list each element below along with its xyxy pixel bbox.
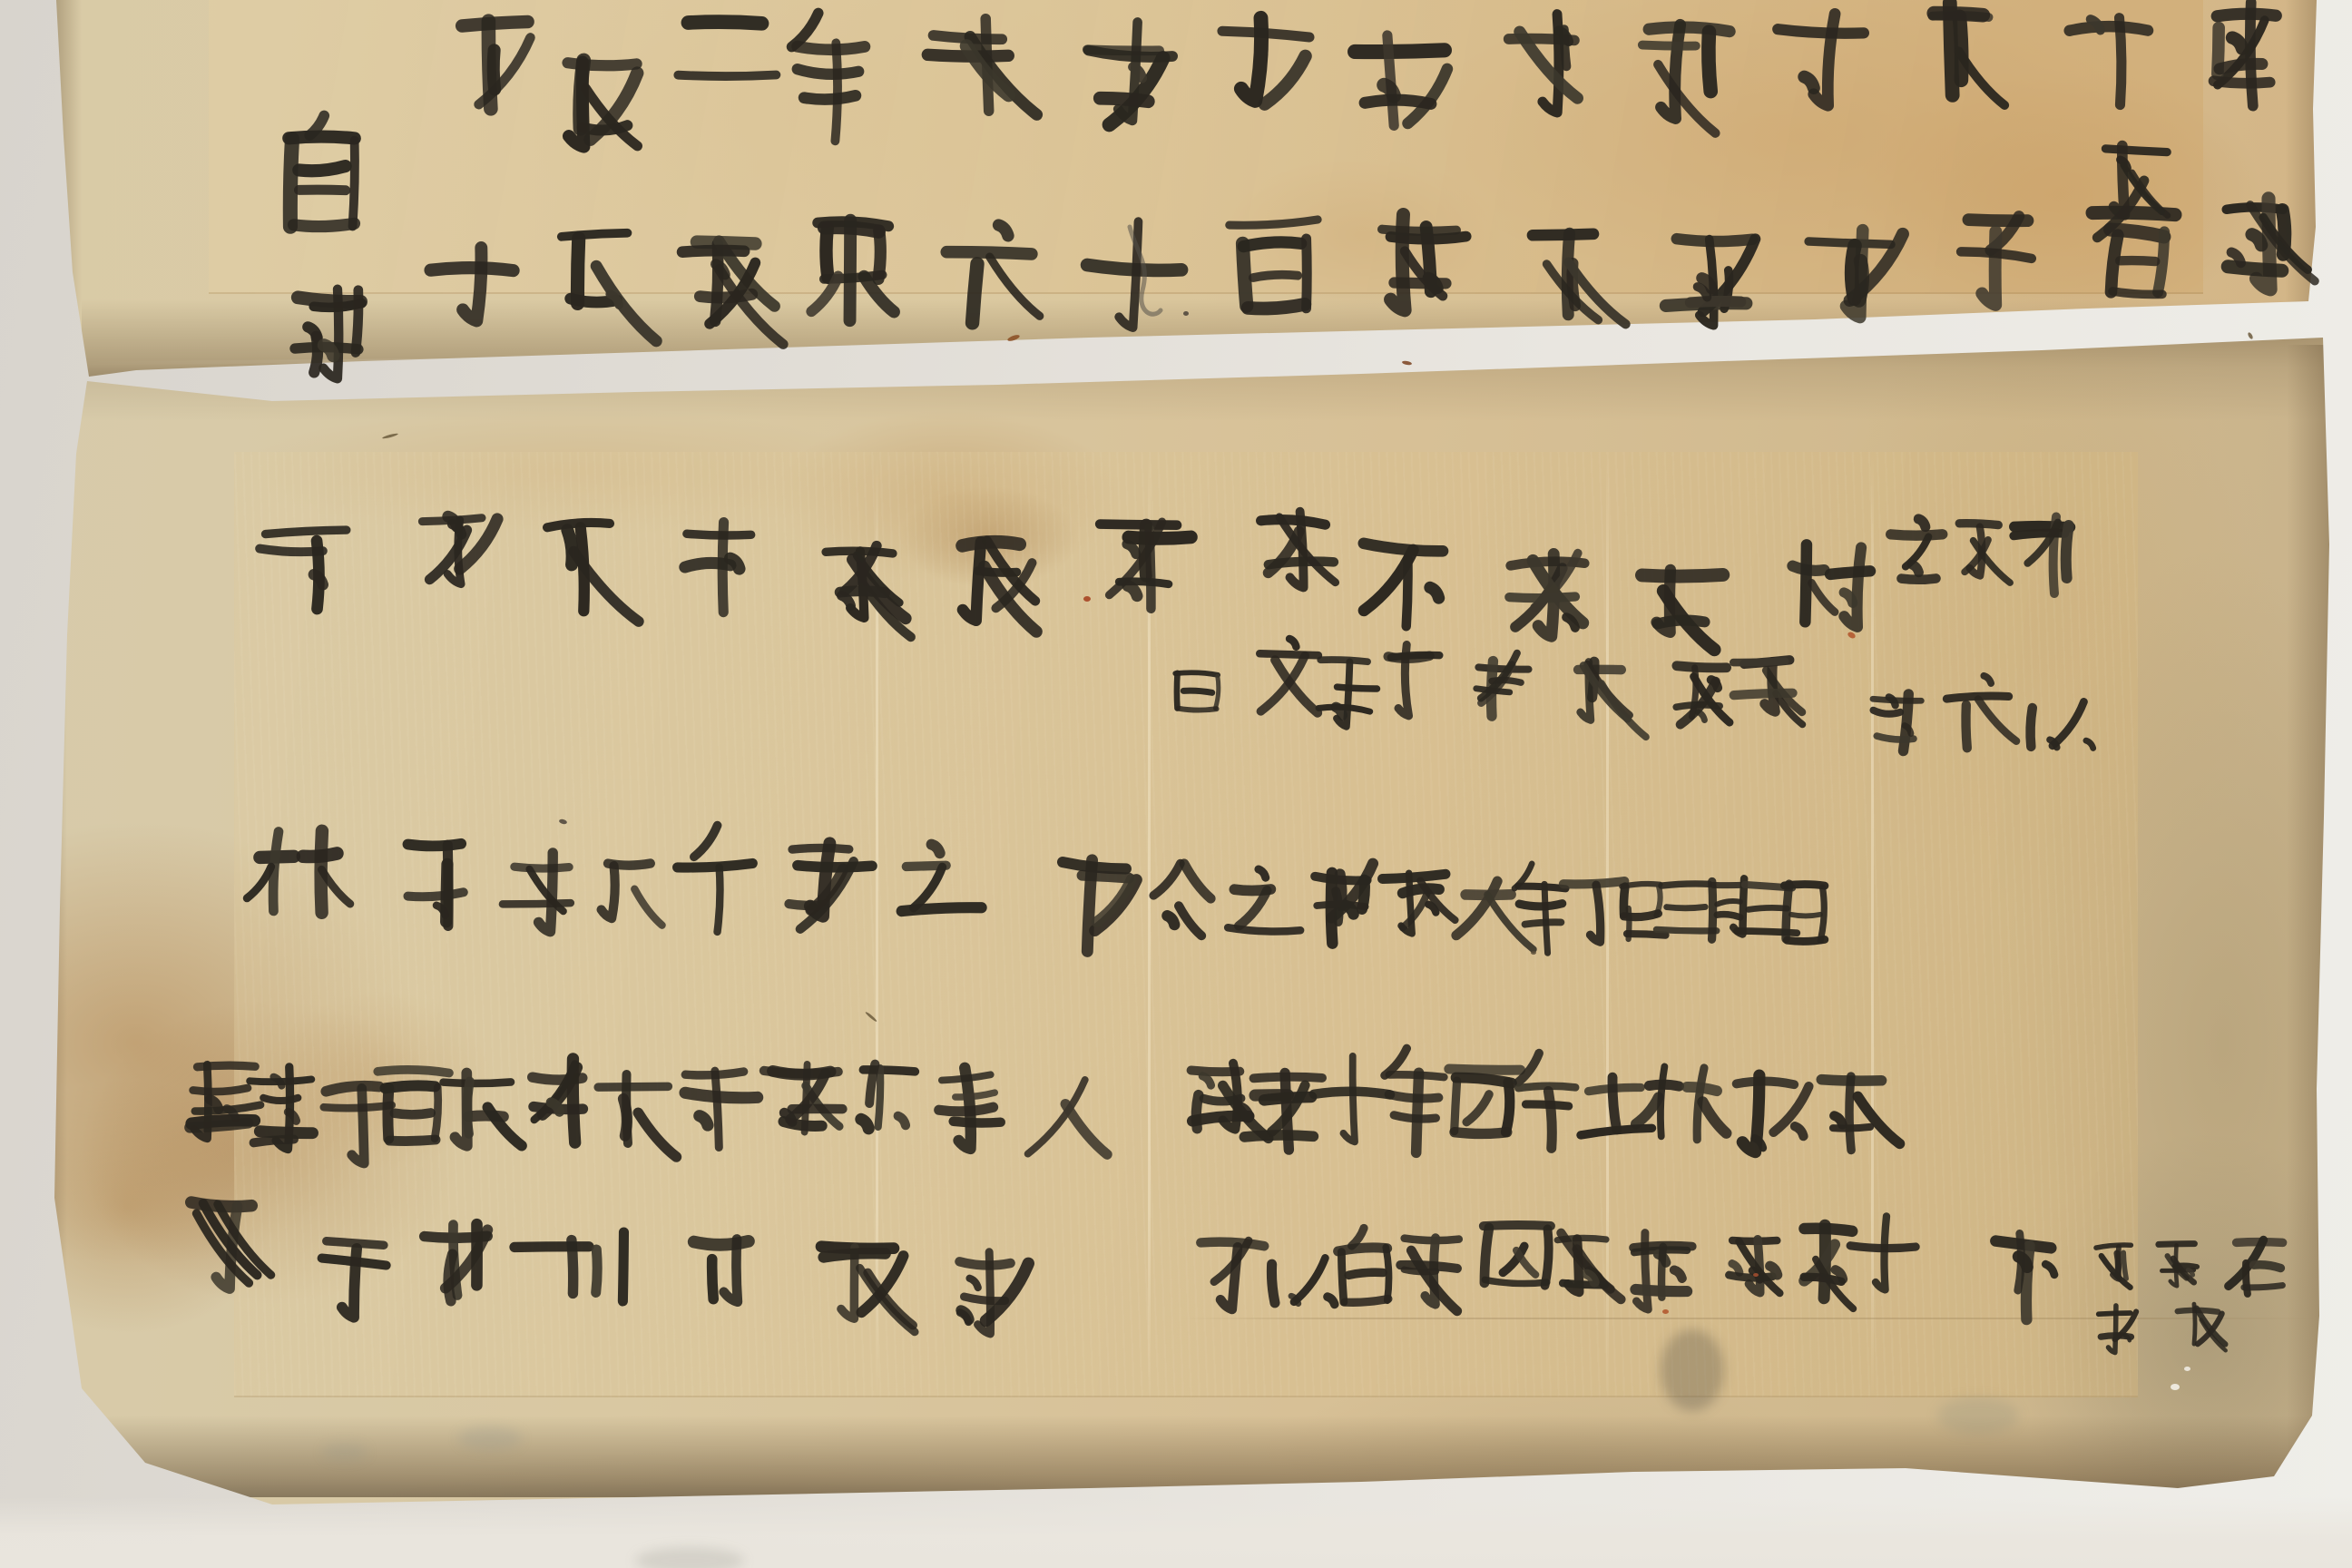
paper-seam xyxy=(1148,454,1151,1397)
manuscript-photo xyxy=(0,0,2352,1568)
paper-speck xyxy=(2171,1384,2180,1390)
paper-speck xyxy=(2184,1367,2190,1371)
paper-seam xyxy=(876,454,878,1397)
ink-smudge xyxy=(1937,1397,2019,1434)
ink-smudge xyxy=(458,1426,522,1450)
paper-speck xyxy=(1753,1273,1759,1277)
paper-seam xyxy=(1606,454,1609,1397)
paper-speck xyxy=(1531,951,1536,955)
ink-smudge xyxy=(635,1547,744,1568)
page-inner-panel-top xyxy=(209,0,2203,294)
paper-speck xyxy=(2247,332,2253,340)
leaf-edge-left xyxy=(45,0,82,381)
paper-speck xyxy=(1083,596,1091,602)
table-surface xyxy=(0,1497,2352,1568)
leaf-edge-left xyxy=(36,381,67,1506)
leaf-edge-right xyxy=(2285,0,2321,313)
paper-seam-horizontal xyxy=(1180,1318,2314,1319)
ink-smudge xyxy=(1661,1329,1724,1411)
paper-speck xyxy=(1662,1309,1669,1314)
page-inner-panel-bottom xyxy=(234,452,2138,1397)
leaf-edge-right xyxy=(2287,345,2330,1488)
paper-seam xyxy=(1871,454,1874,1397)
paper-speck xyxy=(1183,311,1189,316)
ink-smudge xyxy=(322,1443,367,1461)
paper-speck xyxy=(1401,360,1412,366)
